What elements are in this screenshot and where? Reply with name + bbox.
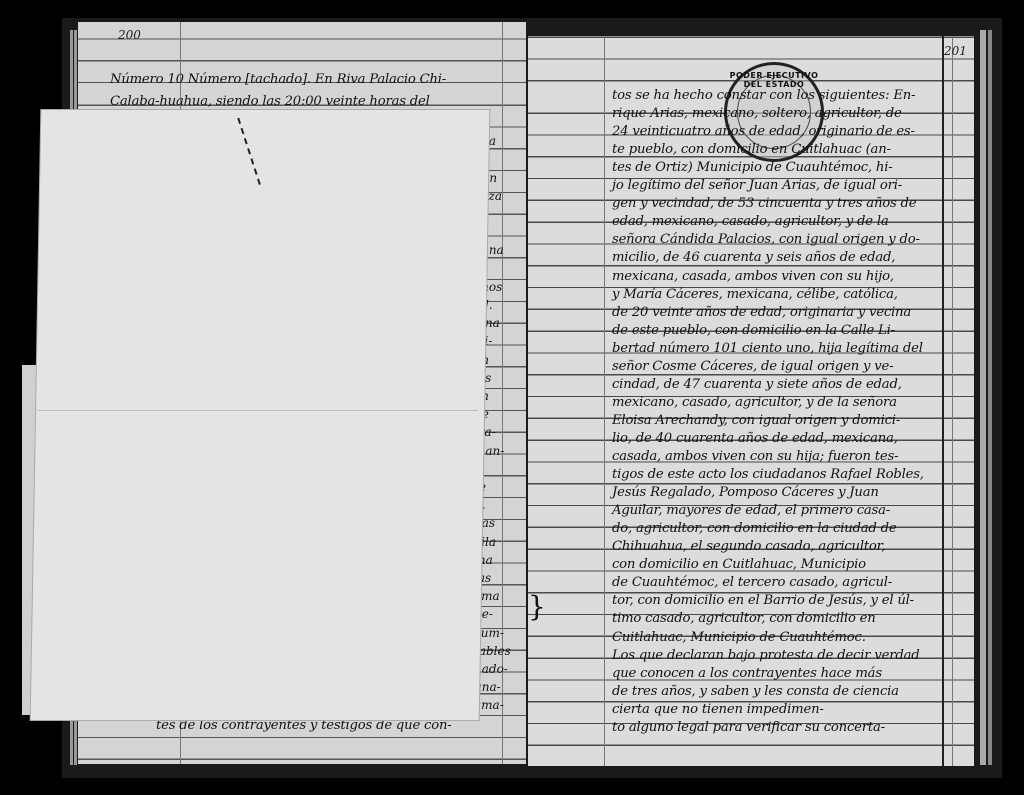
handwritten-line: do, agricultor, con domicilio en la ciud…: [612, 521, 897, 536]
page-number-left: 200: [118, 28, 141, 42]
handwritten-line: señora Cándida Palacios, con igual orige…: [612, 232, 920, 247]
inserted-paper-fold: [38, 410, 478, 411]
handwritten-line: tigos de este acto los ciudadanos Rafael…: [612, 467, 924, 482]
handwritten-line: Cuitlahuac, Municipio de Cuauhtémoc.: [612, 630, 866, 645]
page-stack-edge: [980, 30, 986, 765]
handwritten-line: de Cuauhtémoc, el tercero casado, agricu…: [612, 575, 892, 590]
margin-fragment: ne-: [474, 607, 522, 621]
handwritten-line: de 20 veinte años de edad, originaria y …: [612, 305, 911, 320]
handwritten-line: tes de Ortiz) Municipio de Cuauhtémoc, h…: [612, 160, 892, 175]
left-footer-line: tes de los contrayentes y testigos de qu…: [156, 718, 452, 733]
handwritten-line: y María Cáceres, mexicana, célibe, catól…: [612, 287, 898, 302]
handwritten-line: señor Cosme Cáceres, de igual origen y v…: [612, 359, 893, 374]
handwritten-line: 24 veinticuatro años de edad, originario…: [612, 124, 915, 139]
handwritten-line: tor, con domicilio en el Barrio de Jesús…: [612, 593, 914, 608]
inserted-paper: [31, 110, 490, 720]
handwritten-line: mexicano, casado, agricultor, y de la se…: [612, 395, 897, 410]
handwritten-line: casada, ambos viven con su hija; fueron …: [612, 449, 898, 464]
handwritten-line: de tres años, y saben y les consta de ci…: [612, 684, 899, 699]
margin-fragment: ama: [474, 589, 522, 603]
handwritten-line: Eloisa Arechandy, con igual origen y dom…: [612, 413, 900, 428]
handwritten-line: bertad número 101 ciento uno, hija legít…: [612, 341, 923, 356]
handwritten-line: que conocen a los contrayentes hace más: [612, 666, 882, 681]
handwritten-line: mexicana, casada, ambos viven con su hij…: [612, 269, 894, 284]
bracket-mark: }: [528, 590, 546, 623]
handwritten-line: de este pueblo, con domicilio en la Call…: [612, 323, 895, 338]
page-stack-edge: [988, 30, 992, 765]
handwritten-line: Aguilar, mayores de edad, el primero cas…: [612, 503, 890, 518]
handwritten-line: Chihuahua, el segundo casado, agricultor…: [612, 539, 885, 554]
margin-fragment: hado-: [474, 662, 522, 676]
handwritten-line: timo casado, agricultor, con domicilio e…: [612, 611, 876, 626]
margin-fragment: ama-: [474, 698, 522, 712]
handwritten-line: cindad, de 47 cuarenta y siete años de e…: [612, 377, 902, 392]
left-header-line: Número 10 Número [tachado]. En Riva Pala…: [110, 72, 446, 87]
margin-fragment: una-: [474, 680, 522, 694]
margin-fragment: tables: [474, 644, 522, 658]
handwritten-line: gen y vecindad, de 53 cincuenta y tres a…: [612, 196, 916, 211]
handwritten-line: to alguno legal para verificar su concer…: [612, 720, 885, 735]
handwritten-line: con domicilio en Cuitlahuac, Municipio: [612, 557, 866, 572]
left-header-line: Calaba-huahua, siendo las 20:00 veinte h…: [110, 94, 430, 109]
handwritten-line: te pueblo, con domicilio en Cuitlahuac (…: [612, 142, 891, 157]
handwritten-line: rique Arias, mexicano, soltero, agricult…: [612, 106, 902, 121]
handwritten-line: Jesús Regalado, Pomposo Cáceres y Juan: [612, 485, 879, 500]
handwritten-line: tos se ha hecho constar con los siguient…: [612, 88, 915, 103]
page-number-right: 201: [944, 44, 967, 58]
handwritten-line: lio, de 40 cuarenta años de edad, mexica…: [612, 431, 898, 446]
handwritten-line: cierta que no tienen impedimen-: [612, 702, 824, 717]
margin-rule: [942, 36, 944, 766]
handwritten-line: edad, mexicano, casado, agricultor, y de…: [612, 214, 889, 229]
seal-text: PODER EJECUTIVO DEL ESTADO: [727, 71, 821, 89]
handwritten-line: Los que declaran bajo protesta de decir …: [612, 648, 919, 663]
margin-rule: [604, 36, 605, 766]
margin-rule: [952, 36, 953, 766]
handwritten-line: jo legítimo del señor Juan Arias, de igu…: [612, 178, 902, 193]
handwritten-line: micilio, de 46 cuarenta y seis años de e…: [612, 250, 895, 265]
margin-fragment: cum-: [474, 626, 522, 640]
